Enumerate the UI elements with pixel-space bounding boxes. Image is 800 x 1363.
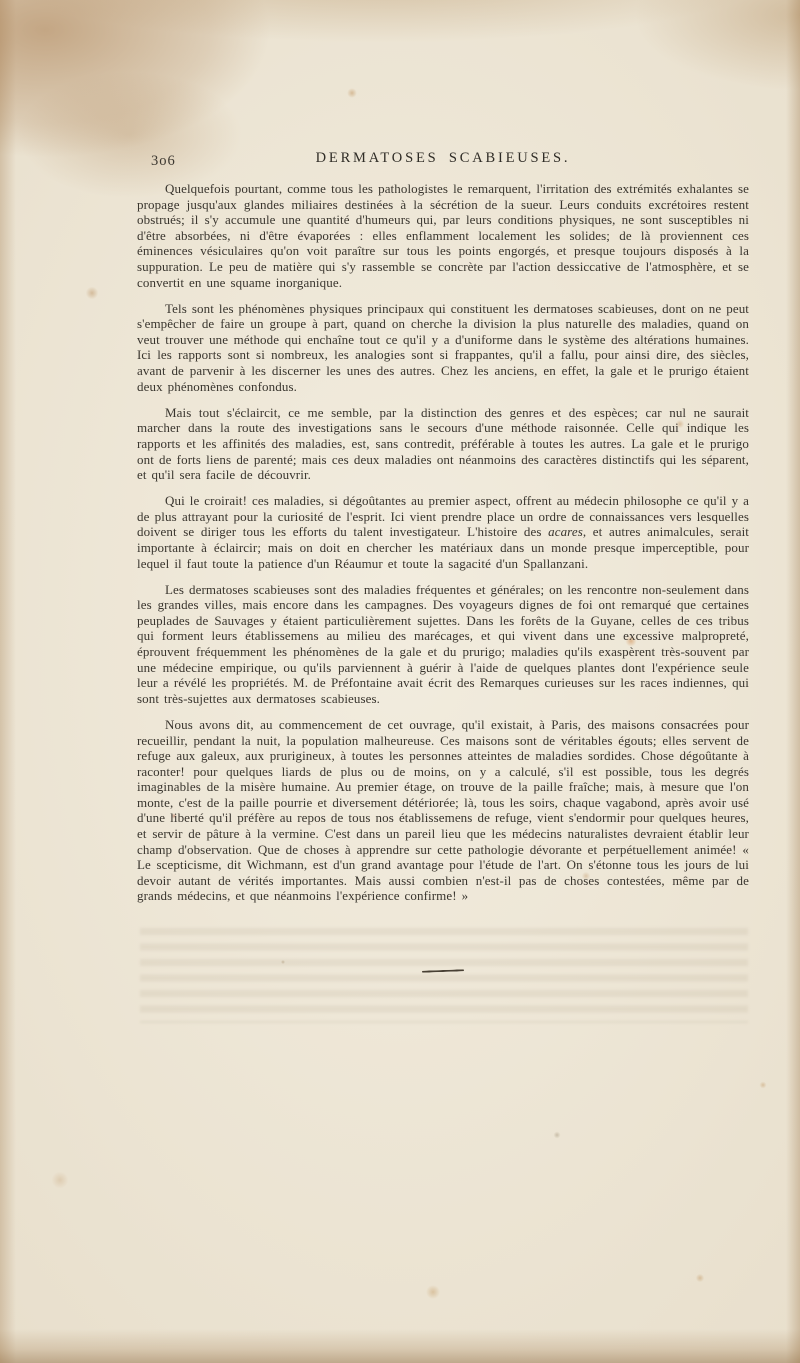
paragraph: Qui le croirait! ces maladies, si dégoût…	[137, 493, 749, 571]
paragraph: Quelquefois pourtant, comme tous les pat…	[137, 181, 749, 290]
page-number: 3o6	[151, 153, 176, 170]
page-header: 3o6 DERMATOSES SCABIEUSES.	[137, 150, 749, 181]
scanned-page: 3o6 DERMATOSES SCABIEUSES. Quelquefois p…	[0, 0, 800, 1363]
paragraph: Tels sont les phénomènes physiques princ…	[137, 301, 749, 395]
text-block: 3o6 DERMATOSES SCABIEUSES. Quelquefois p…	[137, 150, 749, 972]
running-title: DERMATOSES SCABIEUSES.	[137, 150, 749, 167]
italic-term: acares	[548, 524, 583, 539]
paragraph: Mais tout s'éclaircit, ce me semble, par…	[137, 405, 749, 483]
body-text: Quelquefois pourtant, comme tous les pat…	[137, 181, 749, 904]
paragraph: Les dermatoses scabieuses sont des malad…	[137, 582, 749, 707]
paragraph: Nous avons dit, au commencement de cet o…	[137, 717, 749, 904]
section-divider	[422, 969, 464, 972]
